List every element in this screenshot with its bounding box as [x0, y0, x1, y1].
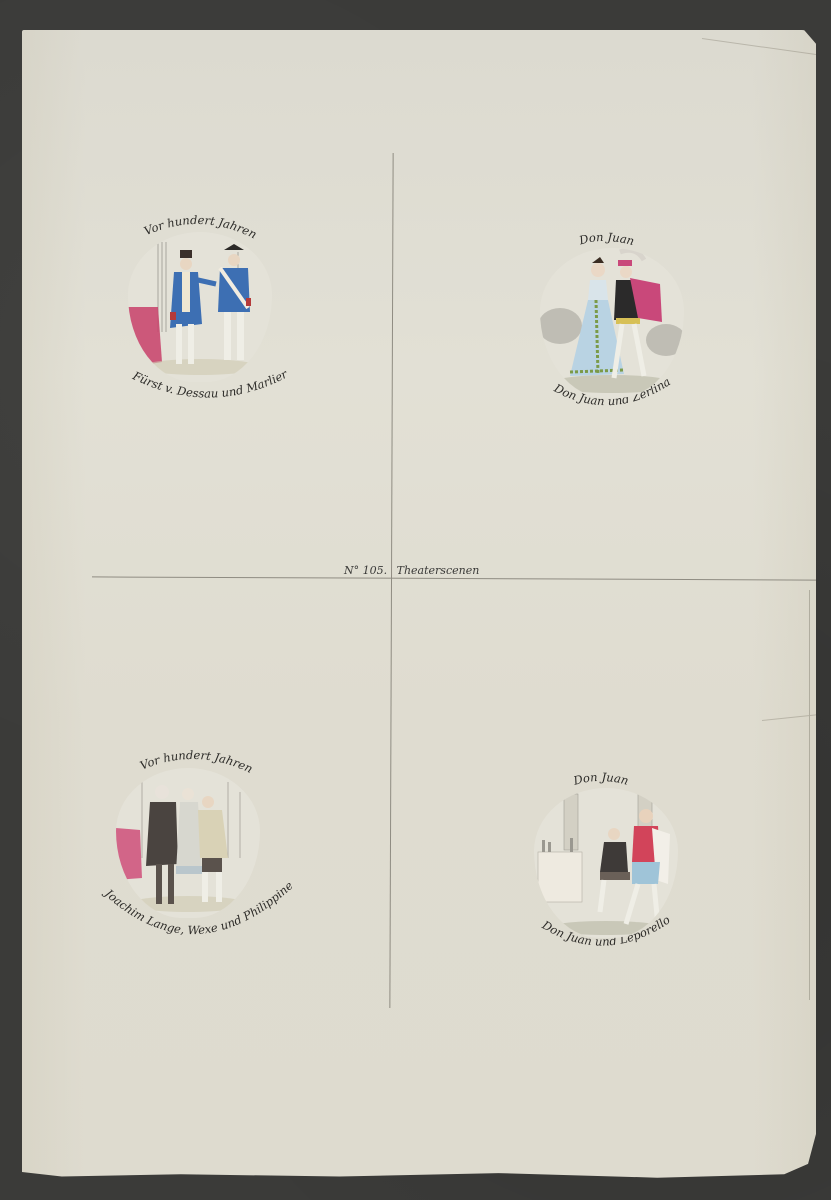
sheet-number: N° 105.	[344, 564, 387, 577]
tree-left	[540, 308, 582, 344]
vignette-header: Don Juan	[577, 230, 636, 248]
paper-crease	[762, 714, 822, 721]
vignette-header: Don Juan	[571, 770, 630, 788]
vertical-divider-rule	[389, 153, 393, 1008]
svg-text:Don Juan: Don Juan	[577, 230, 636, 248]
vignette-top-left: Vor hundert Jahren Fürst v. Dessau und M…	[100, 202, 300, 432]
svg-text:Don Juan: Don Juan	[571, 770, 630, 788]
vignette-top-right: Don Juan Don Juan und Zerlina	[512, 208, 712, 438]
dining-table	[538, 852, 582, 902]
sheet-title: N° 105. Theaterscenen	[344, 564, 464, 577]
vignette-bottom-right: Don Juan Don Juan und Leporello	[506, 748, 706, 978]
vignette-bottom-left: Vor hundert Jahren Joachim Lange, Wexe u…	[96, 736, 296, 966]
paper-crease	[702, 38, 821, 56]
right-margin-rule	[809, 590, 810, 1000]
print-sheet: N° 105. Theaterscenen Vor hundert Jahren…	[22, 30, 816, 1180]
sheet-title-text: Theaterscenen	[397, 564, 480, 577]
horizontal-divider-rule	[92, 576, 816, 580]
